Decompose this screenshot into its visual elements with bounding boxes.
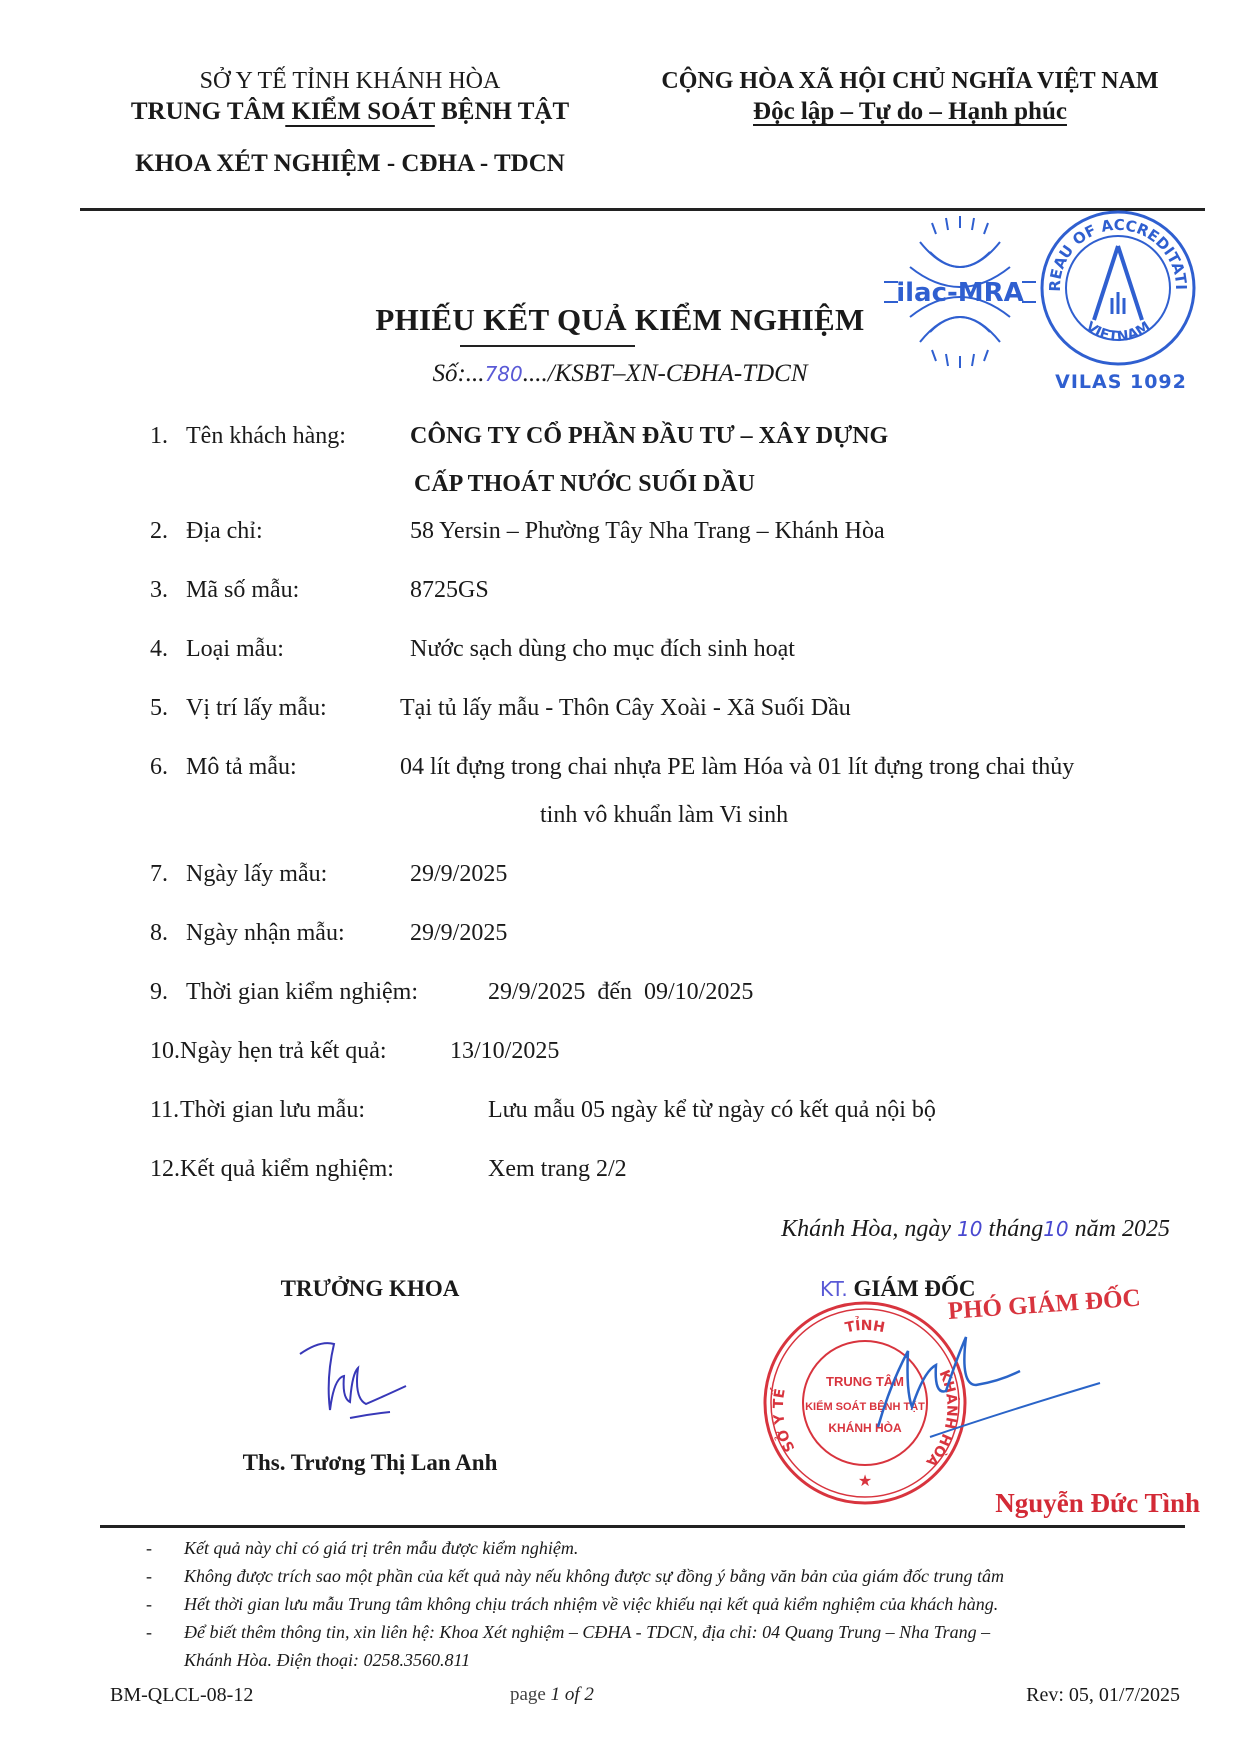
center-name-part2: KIỂM SOÁT	[285, 98, 435, 125]
item-result-return-date: 10. Ngày hẹn trả kết quả: 13/10/2025	[150, 1036, 1150, 1066]
signing-date: Khánh Hòa, ngày 10 tháng10 năm 2025	[700, 1216, 1170, 1243]
department-head-title: TRƯỞNG KHOA	[220, 1276, 520, 1302]
item-sample-code: 3. Mã số mẫu: 8725GS	[150, 575, 1150, 605]
item-value: Nước sạch dùng cho mục đích sinh hoạt	[410, 634, 795, 664]
header-right: CỘNG HÒA XÃ HỘI CHỦ NGHĨA VIỆT NAM Độc l…	[630, 66, 1190, 128]
document-number: Số:...780..../KSBT–XN-CĐHA-TDCN	[0, 360, 1240, 388]
center-name-part1: TRUNG TÂM	[131, 98, 285, 125]
item-label: Thời gian lưu mẫu:	[180, 1095, 365, 1125]
page-indicator: page 1 of 2	[510, 1684, 594, 1706]
item-receipt-date: 8. Ngày nhận mẫu: 29/9/2025	[150, 918, 1150, 948]
note-item: -Hết thời gian lưu mẫu Trung tâm không c…	[140, 1590, 1200, 1618]
national-motto: Độc lập – Tự do – Hạnh phúc	[630, 96, 1190, 128]
item-sample-description: 6. Mô tả mẫu: 04 lít đựng trong chai nhự…	[150, 752, 1190, 832]
notes-list: -Kết quả này chỉ có giá trị trên mẫu đượ…	[140, 1534, 1200, 1674]
item-value: Xem trang 2/2	[488, 1154, 627, 1184]
item-label: Ngày nhận mẫu:	[186, 918, 345, 948]
item-customer-name: 1. Tên khách hàng: CÔNG TY CỔ PHẦN ĐẦU T…	[150, 421, 1150, 491]
item-number: 6.	[150, 752, 168, 782]
item-label: Vị trí lấy mẫu:	[186, 693, 327, 723]
item-value: 13/10/2025	[450, 1036, 559, 1066]
svg-text:★: ★	[858, 1473, 872, 1490]
footer-divider	[100, 1525, 1185, 1528]
item-label: Mã số mẫu:	[186, 575, 299, 605]
revision: Rev: 05, 01/7/2025	[900, 1684, 1180, 1707]
center-name: TRUNG TÂM KIỂM SOÁT BỆNH TẬT	[80, 96, 620, 128]
item-number: 7.	[150, 859, 168, 889]
item-test-results: 12. Kết quả kiểm nghiệm: Xem trang 2/2	[150, 1154, 1150, 1184]
document-title: PHIẾU KẾT QUẢ KIỂM NGHIỆM	[0, 302, 1240, 338]
month-handwritten: 10	[1043, 1217, 1068, 1241]
item-number: 2.	[150, 516, 168, 546]
item-label: Loại mẫu:	[186, 634, 284, 664]
note-item: -Không được trích sao một phần của kết q…	[140, 1562, 1200, 1590]
item-number: 3.	[150, 575, 168, 605]
note-item: -Kết quả này chỉ có giá trị trên mẫu đượ…	[140, 1534, 1200, 1562]
department-name: KHOA XÉT NGHIỆM - CĐHA - TDCN	[80, 150, 620, 178]
director-signature-icon	[850, 1315, 1110, 1445]
national-title: CỘNG HÒA XÃ HỘI CHỦ NGHĨA VIỆT NAM	[630, 66, 1190, 96]
item-sample-storage-period: 11. Thời gian lưu mẫu: Lưu mẫu 05 ngày k…	[150, 1095, 1150, 1125]
center-name-part3: BỆNH TẬT	[435, 98, 569, 125]
item-label: Kết quả kiểm nghiệm:	[180, 1154, 394, 1184]
item-label: Ngày hẹn trả kết quả:	[180, 1036, 387, 1066]
item-value-line2: tinh vô khuẩn làm Vi sinh	[540, 800, 788, 830]
note-item: -Để biết thêm thông tin, xin liên hệ: Kh…	[140, 1618, 1200, 1646]
item-number: 12.	[150, 1154, 180, 1184]
svg-text:BUREAU OF ACCREDITATION: BUREAU OF ACCREDITATION	[1038, 208, 1190, 292]
director-name: Nguyễn Đức Tình	[940, 1488, 1200, 1519]
doc-number-suffix: ..../KSBT–XN-CĐHA-TDCN	[523, 360, 808, 387]
item-value: Tại tủ lấy mẫu - Thôn Cây Xoài - Xã Suối…	[400, 693, 851, 723]
header-divider	[80, 208, 1205, 211]
form-code: BM-QLCL-08-12	[110, 1684, 253, 1707]
item-number: 11.	[150, 1095, 179, 1125]
item-label: Địa chỉ:	[186, 516, 263, 546]
item-label: Ngày lấy mẫu:	[186, 859, 327, 889]
doc-number-prefix: Số:...	[432, 360, 484, 387]
item-value-line2: CẤP THOÁT NƯỚC SUỐI DẦU	[414, 469, 755, 499]
item-number: 9.	[150, 977, 168, 1007]
item-value: 29/9/2025	[410, 918, 507, 948]
item-value: 29/9/2025	[410, 859, 507, 889]
note-continuation: Khánh Hòa. Điện thoại: 0258.3560.811	[140, 1646, 1200, 1674]
item-number: 1.	[150, 421, 168, 451]
day-handwritten: 10	[957, 1217, 982, 1241]
item-address: 2. Địa chỉ: 58 Yersin – Phường Tây Nha T…	[150, 516, 1150, 546]
item-value: Lưu mẫu 05 ngày kể từ ngày có kết quả nộ…	[488, 1095, 936, 1125]
item-number: 4.	[150, 634, 168, 664]
item-label: Tên khách hàng:	[186, 421, 346, 451]
year-part: năm 2025	[1069, 1216, 1170, 1242]
header-left: SỞ Y TẾ TỈNH KHÁNH HÒA TRUNG TÂM KIỂM SO…	[80, 66, 620, 178]
department-of-health: SỞ Y TẾ TỈNH KHÁNH HÒA	[80, 66, 620, 96]
item-value: 58 Yersin – Phường Tây Nha Trang – Khánh…	[410, 516, 885, 546]
item-value: 29/9/2025 đến 09/10/2025	[488, 977, 753, 1007]
item-value: 8725GS	[410, 575, 489, 605]
note-text: Không được trích sao một phần của kết qu…	[184, 1566, 1004, 1586]
note-text: Hết thời gian lưu mẫu Trung tâm không ch…	[184, 1594, 998, 1614]
ilac-mra-stamp-icon: ilac-MRA	[880, 212, 1040, 372]
item-number: 5.	[150, 693, 168, 723]
item-value: 04 lít đựng trong chai nhựa PE làm Hóa v…	[400, 752, 1074, 782]
bureau-of-accreditation-stamp-icon: BUREAU OF ACCREDITATION VIETNAM	[1038, 208, 1198, 368]
month-label: tháng	[983, 1216, 1044, 1242]
title-underline	[460, 345, 635, 347]
item-testing-period: 9. Thời gian kiểm nghiệm: 29/9/2025 đến …	[150, 977, 1150, 1007]
motto-text: Độc lập – Tự do – Hạnh phúc	[753, 98, 1067, 125]
date-prefix: Khánh Hòa, ngày	[781, 1216, 957, 1242]
page-value: 1 of 2	[551, 1684, 594, 1705]
item-value: CÔNG TY CỔ PHẦN ĐẦU TƯ – XÂY DỰNG	[410, 421, 888, 451]
item-label: Mô tả mẫu:	[186, 752, 297, 782]
note-text: Kết quả này chỉ có giá trị trên mẫu được…	[184, 1538, 578, 1558]
item-label: Thời gian kiểm nghiệm:	[186, 977, 418, 1007]
note-text: Để biết thêm thông tin, xin liên hệ: Kho…	[184, 1622, 990, 1642]
doc-number-handwritten: 780	[485, 362, 523, 386]
item-sampling-date: 7. Ngày lấy mẫu: 29/9/2025	[150, 859, 1150, 889]
department-head-signature-icon	[290, 1338, 430, 1428]
item-sampling-location: 5. Vị trí lấy mẫu: Tại tủ lấy mẫu - Thôn…	[150, 693, 1150, 723]
department-head-name: Ths. Trương Thị Lan Anh	[180, 1450, 560, 1476]
item-sample-type: 4. Loại mẫu: Nước sạch dùng cho mục đích…	[150, 634, 1150, 664]
item-number: 8.	[150, 918, 168, 948]
page-label: page	[510, 1684, 551, 1705]
item-number: 10.	[150, 1036, 180, 1066]
